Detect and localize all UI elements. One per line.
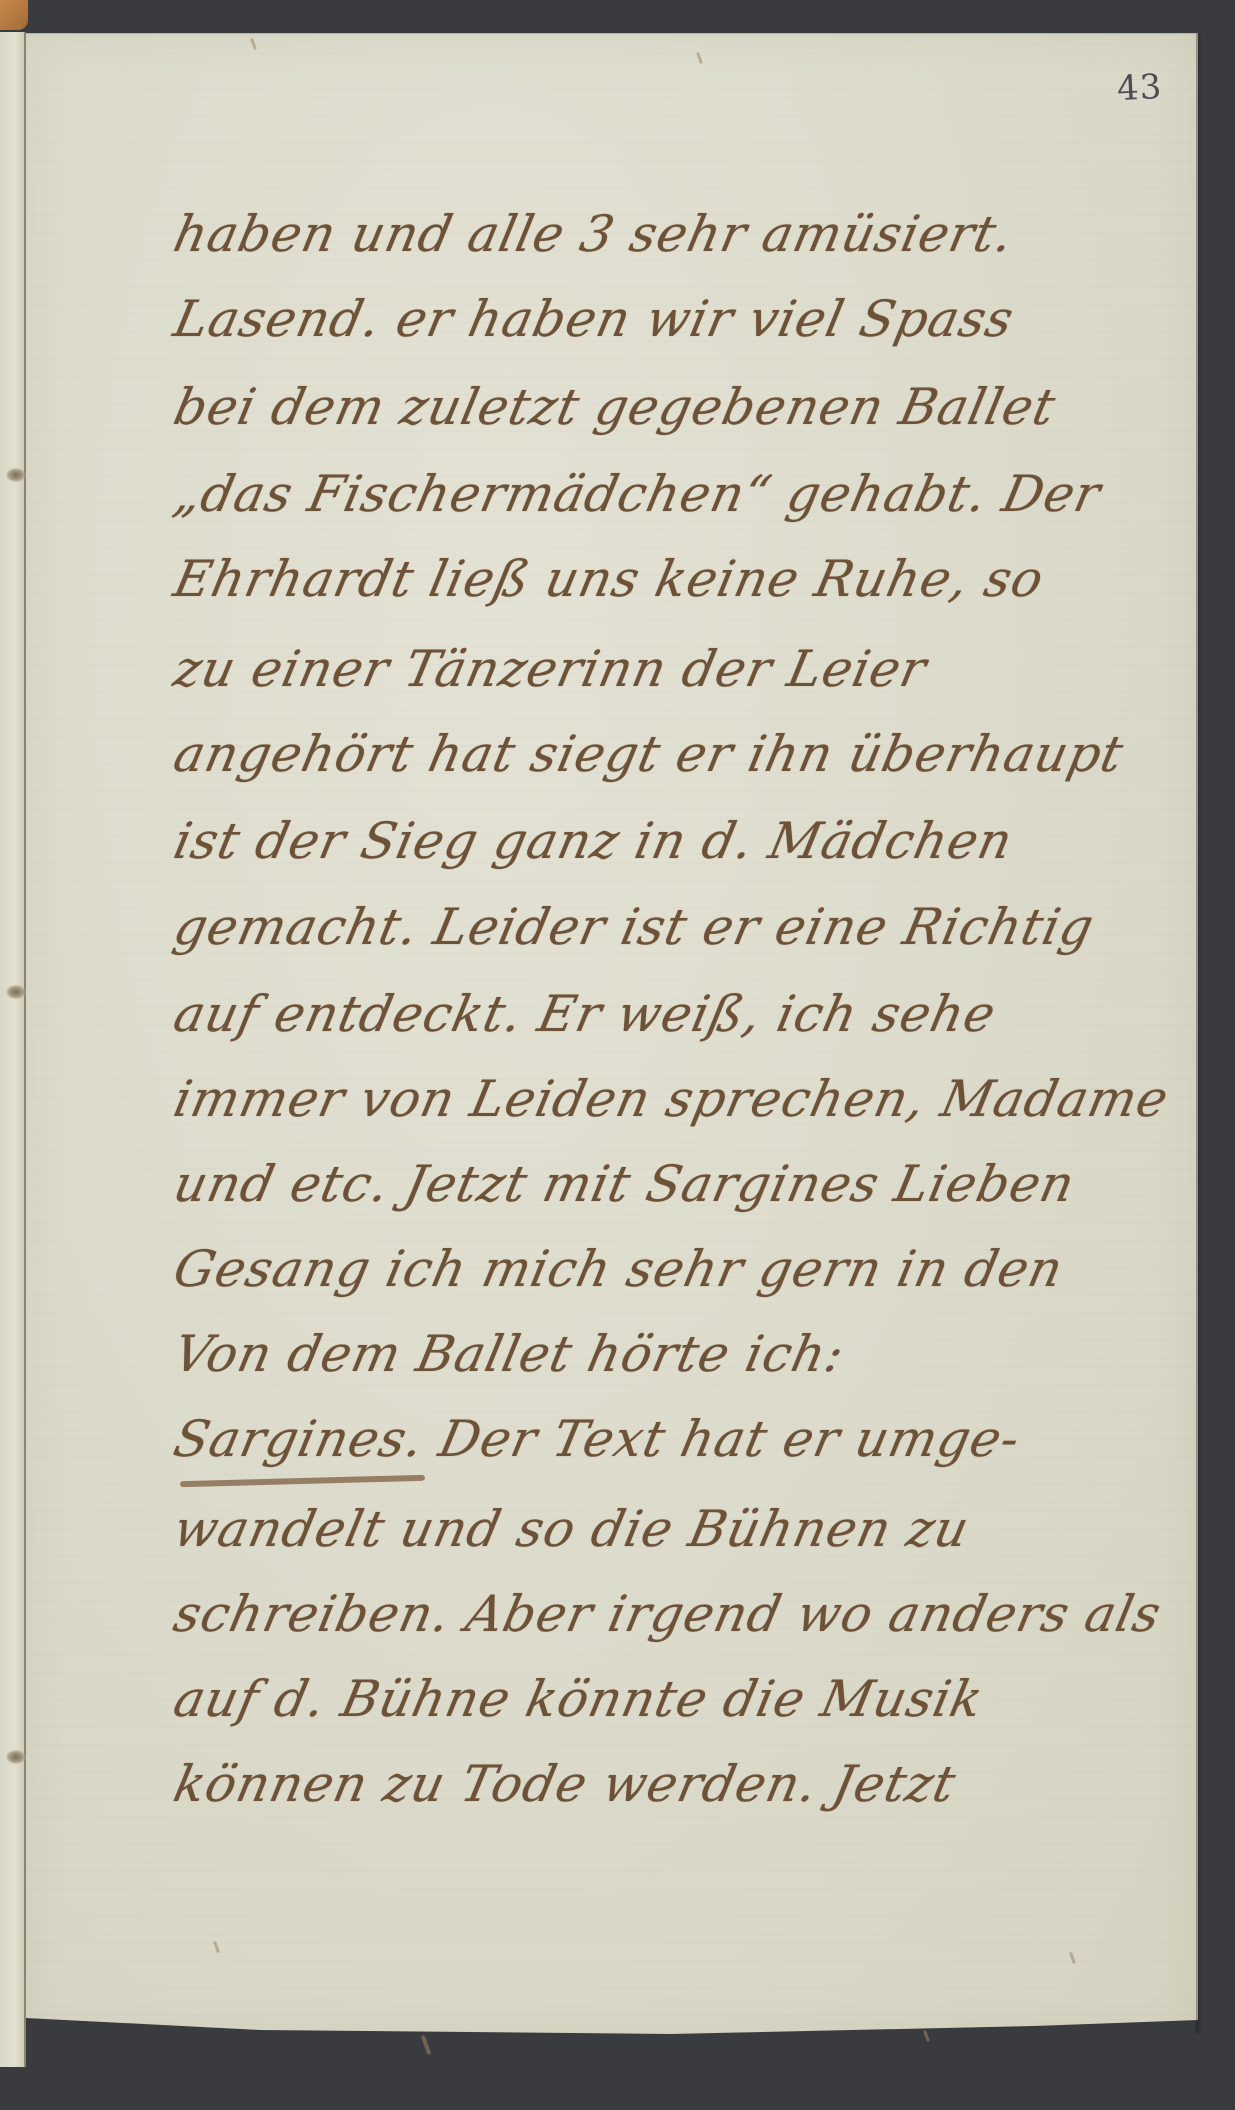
handwritten-line: auf d. Bühne könnte die Musik (169, 1670, 989, 1728)
binding-stitch-mark (6, 1750, 26, 1764)
handwritten-line: Gesang ich mich sehr gern in den (169, 1240, 1069, 1298)
handwritten-line: können zu Tode werden. Jetzt (169, 1755, 961, 1813)
page-edge-shadow (1196, 33, 1202, 2033)
corner-tab (0, 0, 28, 30)
manuscript-scan: 43 haben und alle 3 sehr amüsiert. Lasen… (0, 0, 1235, 2110)
paper-speck (923, 2030, 930, 2042)
paper-speck (421, 2035, 432, 2055)
binding-stitch-mark (6, 468, 26, 482)
handwritten-line: zu einer Tänzerinn der Leier (169, 640, 932, 698)
handwritten-line: gemacht. Leider ist er eine Richtig (169, 898, 1100, 956)
handwritten-line: auf entdeckt. Er weiß, ich sehe (169, 985, 1001, 1043)
handwritten-line: ist der Sieg ganz in d. Mädchen (169, 812, 1018, 870)
handwritten-line: wandelt und so die Bühnen zu (169, 1500, 975, 1558)
handwritten-line: bei dem zuletzt gegebenen Ballet (169, 378, 1061, 436)
handwritten-line: haben und alle 3 sehr amüsiert. (169, 205, 1019, 263)
page-number: 43 (1116, 67, 1163, 109)
binding-stitch-mark (6, 985, 26, 999)
handwritten-line: Ehrhardt ließ uns keine Ruhe, so (169, 550, 1049, 608)
handwritten-line: immer von Leiden sprechen, Madame (169, 1070, 1174, 1128)
handwritten-line: Von dem Ballet hörte ich: (169, 1325, 850, 1383)
handwritten-line: schreiben. Aber irgend wo anders als (169, 1585, 1167, 1643)
handwritten-line: angehört hat siegt er ihn überhaupt (169, 725, 1129, 783)
handwritten-line: „das Fischermädchen“ gehabt. Der (169, 465, 1106, 523)
handwritten-line: Lasend. er haben wir viel Spass (169, 290, 1019, 348)
handwritten-line-sargines: Sargines. Der Text hat er umge- (169, 1410, 1026, 1468)
handwritten-line: und etc. Jetzt mit Sargines Lieben (169, 1155, 1080, 1213)
